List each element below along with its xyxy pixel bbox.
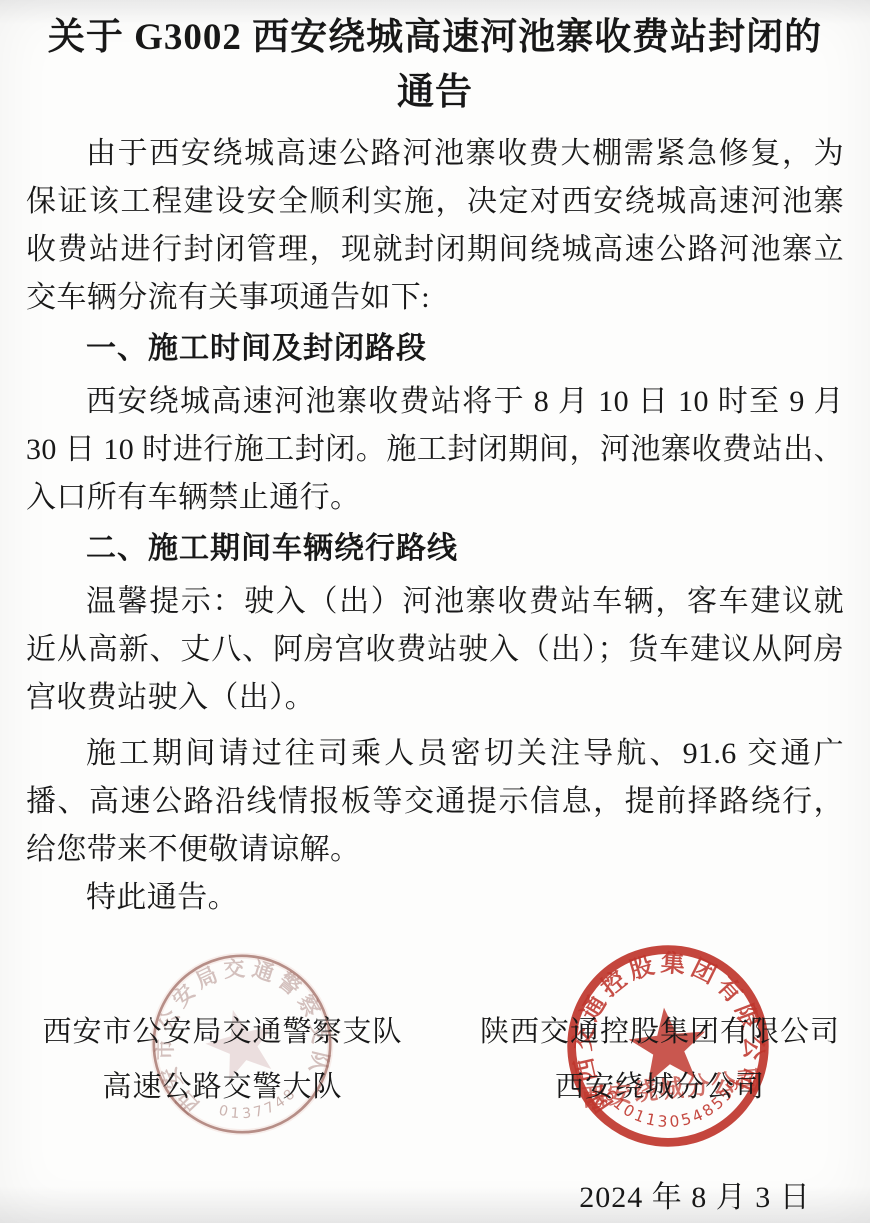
final-note: 特此通告。 (26, 874, 844, 922)
signature-right-line1: 陕西交通控股集团有限公司 (460, 1005, 860, 1060)
section-1-heading: 一、施工时间及封闭路段 (26, 325, 844, 373)
signature-left-line1: 西安市公安局交通警察支队 (40, 1005, 405, 1060)
signature-right: 陕西交通控股集团有限公司 西安绕城分公司 (460, 1005, 860, 1115)
notice-title-line1: 关于 G3002 西安绕城高速河池寨收费站封闭的 (0, 10, 870, 65)
closing-paragraph: 施工期间请过往司乘人员密切关注导航、91.6 交通广播、高速公路沿线情报板等交通… (26, 730, 844, 874)
signature-left: 西安市公安局交通警察支队 高速公路交警大队 (40, 1005, 405, 1115)
section-2-heading: 二、施工期间车辆绕行路线 (26, 525, 844, 573)
notice-body: 由于西安绕城高速公路河池寨收费大棚需紧急修复，为保证该工程建设安全顺利实施，决定… (0, 130, 870, 922)
notice-document: 关于 G3002 西安绕城高速河池寨收费站封闭的 通告 由于西安绕城高速公路河池… (0, 0, 870, 1223)
notice-title: 关于 G3002 西安绕城高速河池寨收费站封闭的 通告 (0, 0, 870, 120)
notice-date: 2024 年 8 月 3 日 (560, 1172, 830, 1216)
signature-area: 西安市公安局交通警察支队 0137748 陕西交通控股集团有限公司 西安绕城分公… (0, 920, 870, 1223)
signature-right-line2: 西安绕城分公司 (460, 1060, 860, 1115)
signature-left-line2: 高速公路交警大队 (40, 1060, 405, 1115)
notice-title-line2: 通告 (0, 65, 870, 120)
section-1-body: 西安绕城高速河池寨收费站将于 8 月 10 日 10 时至 9 月 30 日 1… (26, 378, 844, 522)
section-2-body: 温馨提示：驶入（出）河池寨收费站车辆，客车建议就近从高新、丈八、阿房宫收费站驶入… (26, 578, 844, 722)
intro-paragraph: 由于西安绕城高速公路河池寨收费大棚需紧急修复，为保证该工程建设安全顺利实施，决定… (26, 130, 844, 322)
